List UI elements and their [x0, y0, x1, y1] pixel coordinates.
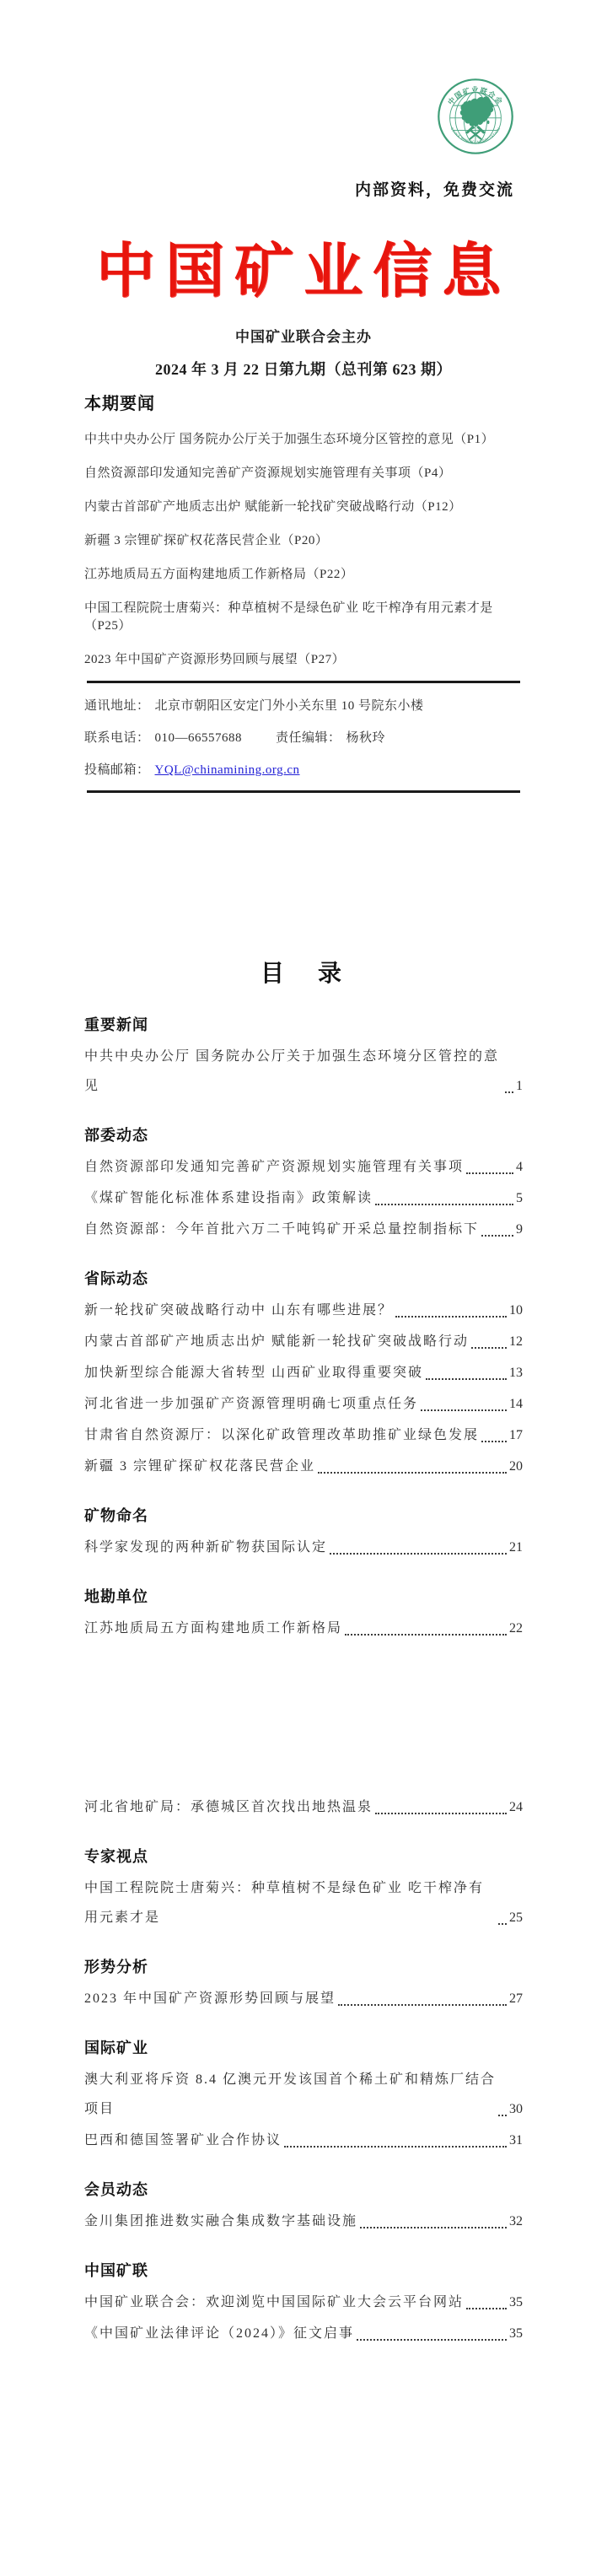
- highlight-item: 江苏地质局五方面构建地质工作新格局（P22）: [84, 566, 523, 584]
- toc-entry: 河北省进一步加强矿产资源管理明确七项重点任务14: [84, 1389, 523, 1419]
- toc-entry: 甘肃省自然资源厅：以深化矿政管理改革助推矿业绿色发展17: [84, 1420, 523, 1450]
- internal-note: 内部资料，免费交流: [355, 177, 514, 200]
- toc-section-mineral-naming: 矿物命名 科学家发现的两种新矿物获国际认定21: [84, 1501, 523, 1562]
- toc-page-number: 21: [509, 1533, 523, 1562]
- toc-entry-text: 河北省地矿局：承德城区首次找出地热温泉: [84, 1792, 373, 1822]
- toc-section-title: 专家视点: [84, 1842, 523, 1872]
- toc-page-number: 13: [509, 1358, 523, 1388]
- leader-dots: [330, 1553, 507, 1555]
- toc-page-number: 12: [509, 1327, 523, 1356]
- highlight-item: 中国工程院院士唐菊兴：种草植树不是绿色矿业 吃干榨净有用元素才是（P25）: [84, 600, 523, 635]
- newsletter-cover-page: 中国矿业联合会 CHINA MINING ASSOCIATION 内部资料，免费…: [0, 0, 607, 2576]
- toc-entry: 新一轮找矿突破战略行动中 山东有哪些进展？10: [84, 1296, 523, 1325]
- email-link[interactable]: YQL@chinamining.org.cn: [155, 763, 300, 777]
- toc-entry-text: 中共中央办公厅 国务院办公厅关于加强生态环境分区管控的意见: [84, 1042, 502, 1101]
- toc-entry: 中共中央办公厅 国务院办公厅关于加强生态环境分区管控的意见1: [84, 1042, 523, 1101]
- leader-dots: [284, 2146, 507, 2148]
- toc-entry-text: 自然资源部印发通知完善矿产资源规划实施管理有关事项: [84, 1152, 464, 1182]
- toc-entry: 中国矿业联合会：欢迎浏览中国国际矿业大会云平台网站35: [84, 2288, 523, 2317]
- highlight-item: 2023 年中国矿产资源形势回顾与展望（P27）: [84, 651, 523, 669]
- toc-entry: 内蒙古首部矿产地质志出炉 赋能新一轮找矿突破战略行动12: [84, 1327, 523, 1356]
- toc-page-number: 9: [516, 1215, 523, 1244]
- contact-email-row: 投稿邮箱：YQL@chinamining.org.cn: [84, 762, 523, 779]
- toc-section-china-mining-association: 中国矿联 中国矿业联合会：欢迎浏览中国国际矿业大会云平台网站35 《中国矿业法律…: [84, 2256, 523, 2348]
- leader-dots: [426, 1378, 507, 1380]
- toc-section-title: 国际矿业: [84, 2034, 523, 2063]
- toc-section-title: 部委动态: [84, 1121, 523, 1151]
- toc-entry: 中国工程院院士唐菊兴：种草植树不是绿色矿业 吃干榨净有用元素才是25: [84, 1873, 523, 1932]
- toc-entry-text: 内蒙古首部矿产地质志出炉 赋能新一轮找矿突破战略行动: [84, 1327, 469, 1356]
- editor-name: 杨秋玲: [346, 731, 386, 745]
- toc-section-member-news: 会员动态 金川集团推进数实融合集成数字基础设施32: [84, 2175, 523, 2236]
- leader-dots: [357, 2339, 507, 2341]
- toc-entry: 《中国矿业法律评论（2024）》征文启事35: [84, 2319, 523, 2348]
- toc-page-number: 20: [509, 1452, 523, 1481]
- toc-section-situation-analysis: 形势分析 2023 年中国矿产资源形势回顾与展望27: [84, 1953, 523, 2013]
- divider-rule-top: [87, 681, 520, 683]
- toc-section-title: 形势分析: [84, 1953, 523, 1982]
- toc-entry: 2023 年中国矿产资源形势回顾与展望27: [84, 1984, 523, 2013]
- toc-page-number: 27: [509, 1984, 523, 2013]
- toc-page-number: 25: [509, 1903, 523, 1932]
- address-label: 通讯地址：: [84, 699, 150, 713]
- toc-entry-text: 中国矿业联合会：欢迎浏览中国国际矿业大会云平台网站: [84, 2288, 464, 2317]
- divider-rule-bottom: [87, 790, 520, 793]
- toc-entry-text: 中国工程院院士唐菊兴：种草植树不是绿色矿业 吃干榨净有用元素才是: [84, 1873, 496, 1932]
- organizer-line: 中国矿业联合会主办: [0, 325, 607, 346]
- leader-dots: [471, 1347, 507, 1349]
- toc-section-ministry-news: 部委动态 自然资源部印发通知完善矿产资源规划实施管理有关事项4 《煤矿智能化标准…: [84, 1121, 523, 1244]
- toc-entry: 巴西和德国签署矿业合作协议31: [84, 2126, 523, 2155]
- toc-entry: 澳大利亚将斥资 8.4 亿澳元开发该国首个稀土矿和精炼厂结合项目30: [84, 2065, 523, 2124]
- toc-title: 目 录: [0, 958, 607, 990]
- toc-entry-text: 科学家发现的两种新矿物获国际认定: [84, 1533, 327, 1562]
- highlight-item: 内蒙古首部矿产地质志出炉 赋能新一轮找矿突破战略行动（P12）: [84, 498, 523, 516]
- toc-entry-text: 金川集团推进数实融合集成数字基础设施: [84, 2207, 357, 2236]
- leader-dots: [395, 1316, 507, 1318]
- newsletter-title: 中国矿业信息: [0, 242, 607, 303]
- toc-entry-text: 江苏地质局五方面构建地质工作新格局: [84, 1614, 342, 1643]
- toc-entry: 自然资源部印发通知完善矿产资源规划实施管理有关事项4: [84, 1152, 523, 1182]
- leader-dots: [466, 1172, 513, 1174]
- toc-page-number: 17: [509, 1420, 523, 1450]
- contact-block: 通讯地址：北京市朝阳区安定门外小关东里 10 号院东小楼 联系电话：010—66…: [84, 698, 523, 779]
- toc-page-number: 14: [509, 1389, 523, 1419]
- contact-phone-row: 联系电话：010—66557688责任编辑：杨秋玲: [84, 730, 523, 747]
- page-break-spacer: [84, 1643, 523, 1791]
- leader-dots: [421, 1409, 507, 1411]
- toc-entry: 河北省地矿局：承德城区首次找出地热温泉24: [84, 1792, 523, 1822]
- toc-entry-text: 澳大利亚将斥资 8.4 亿澳元开发该国首个稀土矿和精炼厂结合项目: [84, 2065, 496, 2124]
- toc-page-number: 22: [509, 1614, 523, 1643]
- email-label: 投稿邮箱：: [84, 763, 150, 777]
- highlights-heading: 本期要闻: [84, 393, 523, 415]
- editor-label: 责任编辑：: [276, 731, 341, 745]
- highlight-item: 中共中央办公厅 国务院办公厅关于加强生态环境分区管控的意见（P1）: [84, 431, 523, 449]
- leader-dots: [338, 2004, 507, 2006]
- phone-label: 联系电话：: [84, 731, 150, 745]
- taiwan-dot: [487, 121, 490, 124]
- toc-entry: 金川集团推进数实融合集成数字基础设施32: [84, 2207, 523, 2236]
- toc-section-title: 地勘单位: [84, 1582, 523, 1612]
- toc-entry-text: 《煤矿智能化标准体系建设指南》政策解读: [84, 1183, 373, 1213]
- toc-page-number: 4: [516, 1152, 523, 1182]
- toc-entry-text: 加快新型综合能源大省转型 山西矿业取得重要突破: [84, 1358, 423, 1388]
- leader-dots: [481, 1441, 507, 1442]
- toc-entry-text: 自然资源部：今年首批六万二千吨钨矿开采总量控制指标下: [84, 1215, 479, 1244]
- toc-page-number: 10: [509, 1296, 523, 1325]
- toc-section-title: 省际动态: [84, 1264, 523, 1294]
- phone-value: 010—66557688: [155, 731, 243, 745]
- toc-page-number: 1: [516, 1071, 523, 1101]
- toc-entry: 江苏地质局五方面构建地质工作新格局22: [84, 1614, 523, 1643]
- toc-page-number: 5: [516, 1183, 523, 1213]
- issue-line: 2024 年 3 月 22 日第九期（总刊第 623 期）: [0, 358, 607, 380]
- toc-section-international-mining: 国际矿业 澳大利亚将斥资 8.4 亿澳元开发该国首个稀土矿和精炼厂结合项目30 …: [84, 2034, 523, 2155]
- leader-dots: [375, 1813, 507, 1814]
- highlight-item: 自然资源部印发通知完善矿产资源规划实施管理有关事项（P4）: [84, 465, 523, 482]
- highlight-item: 新疆 3 宗锂矿探矿权花落民营企业（P20）: [84, 532, 523, 550]
- leader-dots: [505, 1091, 513, 1093]
- toc-section-title: 中国矿联: [84, 2256, 523, 2286]
- toc-entry-text: 巴西和德国签署矿业合作协议: [84, 2126, 282, 2155]
- leader-dots: [375, 1204, 513, 1205]
- toc-entry-text: 2023 年中国矿产资源形势回顾与展望: [84, 1984, 336, 2013]
- leader-dots: [345, 1634, 507, 1636]
- toc-section-geological-units: 地勘单位 江苏地质局五方面构建地质工作新格局22 河北省地矿局：承德城区首次找出…: [84, 1582, 523, 1822]
- table-of-contents: 重要新闻 中共中央办公厅 国务院办公厅关于加强生态环境分区管控的意见1 部委动态…: [84, 1010, 523, 2348]
- leader-dots: [498, 1923, 507, 1925]
- leader-dots: [318, 1472, 507, 1474]
- toc-entry-text: 河北省进一步加强矿产资源管理明确七项重点任务: [84, 1389, 418, 1419]
- toc-entry: 加快新型综合能源大省转型 山西矿业取得重要突破13: [84, 1358, 523, 1388]
- toc-entry-text: 《中国矿业法律评论（2024）》征文启事: [84, 2319, 354, 2348]
- toc-section-title: 会员动态: [84, 2175, 523, 2205]
- toc-entry: 新疆 3 宗锂矿探矿权花落民营企业20: [84, 1452, 523, 1481]
- toc-page-number: 35: [509, 2319, 523, 2348]
- toc-page-number: 30: [509, 2094, 523, 2124]
- masthead-right-block: 中国矿业联合会 CHINA MINING ASSOCIATION 内部资料，免费…: [0, 0, 607, 200]
- toc-page-number: 32: [509, 2207, 523, 2236]
- leader-dots: [360, 2227, 507, 2228]
- toc-entry: 《煤矿智能化标准体系建设指南》政策解读5: [84, 1183, 523, 1213]
- contact-address: 北京市朝阳区安定门外小关东里 10 号院东小楼: [155, 699, 424, 713]
- leader-dots: [466, 2308, 507, 2309]
- toc-entry-text: 新一轮找矿突破战略行动中 山东有哪些进展？: [84, 1296, 393, 1325]
- highlights-section: 本期要闻 中共中央办公厅 国务院办公厅关于加强生态环境分区管控的意见（P1） 自…: [84, 393, 523, 669]
- toc-entry-text: 甘肃省自然资源厅：以深化矿政管理改革助推矿业绿色发展: [84, 1420, 479, 1450]
- toc-page-number: 24: [509, 1792, 523, 1822]
- leader-dots: [498, 2115, 507, 2116]
- toc-section-expert-views: 专家视点 中国工程院院士唐菊兴：种草植树不是绿色矿业 吃干榨净有用元素才是25: [84, 1842, 523, 1932]
- contact-address-row: 通讯地址：北京市朝阳区安定门外小关东里 10 号院东小楼: [84, 698, 523, 715]
- toc-entry: 科学家发现的两种新矿物获国际认定21: [84, 1533, 523, 1562]
- toc-section-title: 重要新闻: [84, 1010, 523, 1040]
- toc-section-provincial-news: 省际动态 新一轮找矿突破战略行动中 山东有哪些进展？10 内蒙古首部矿产地质志出…: [84, 1264, 523, 1481]
- toc-entry: 自然资源部：今年首批六万二千吨钨矿开采总量控制指标下9: [84, 1215, 523, 1244]
- association-emblem: 中国矿业联合会 CHINA MINING ASSOCIATION: [437, 78, 514, 155]
- toc-page-number: 31: [509, 2126, 523, 2155]
- toc-section-important-news: 重要新闻 中共中央办公厅 国务院办公厅关于加强生态环境分区管控的意见1: [84, 1010, 523, 1101]
- leader-dots: [481, 1235, 513, 1237]
- toc-section-title: 矿物命名: [84, 1501, 523, 1531]
- toc-page-number: 35: [509, 2288, 523, 2317]
- toc-entry-text: 新疆 3 宗锂矿探矿权花落民营企业: [84, 1452, 315, 1481]
